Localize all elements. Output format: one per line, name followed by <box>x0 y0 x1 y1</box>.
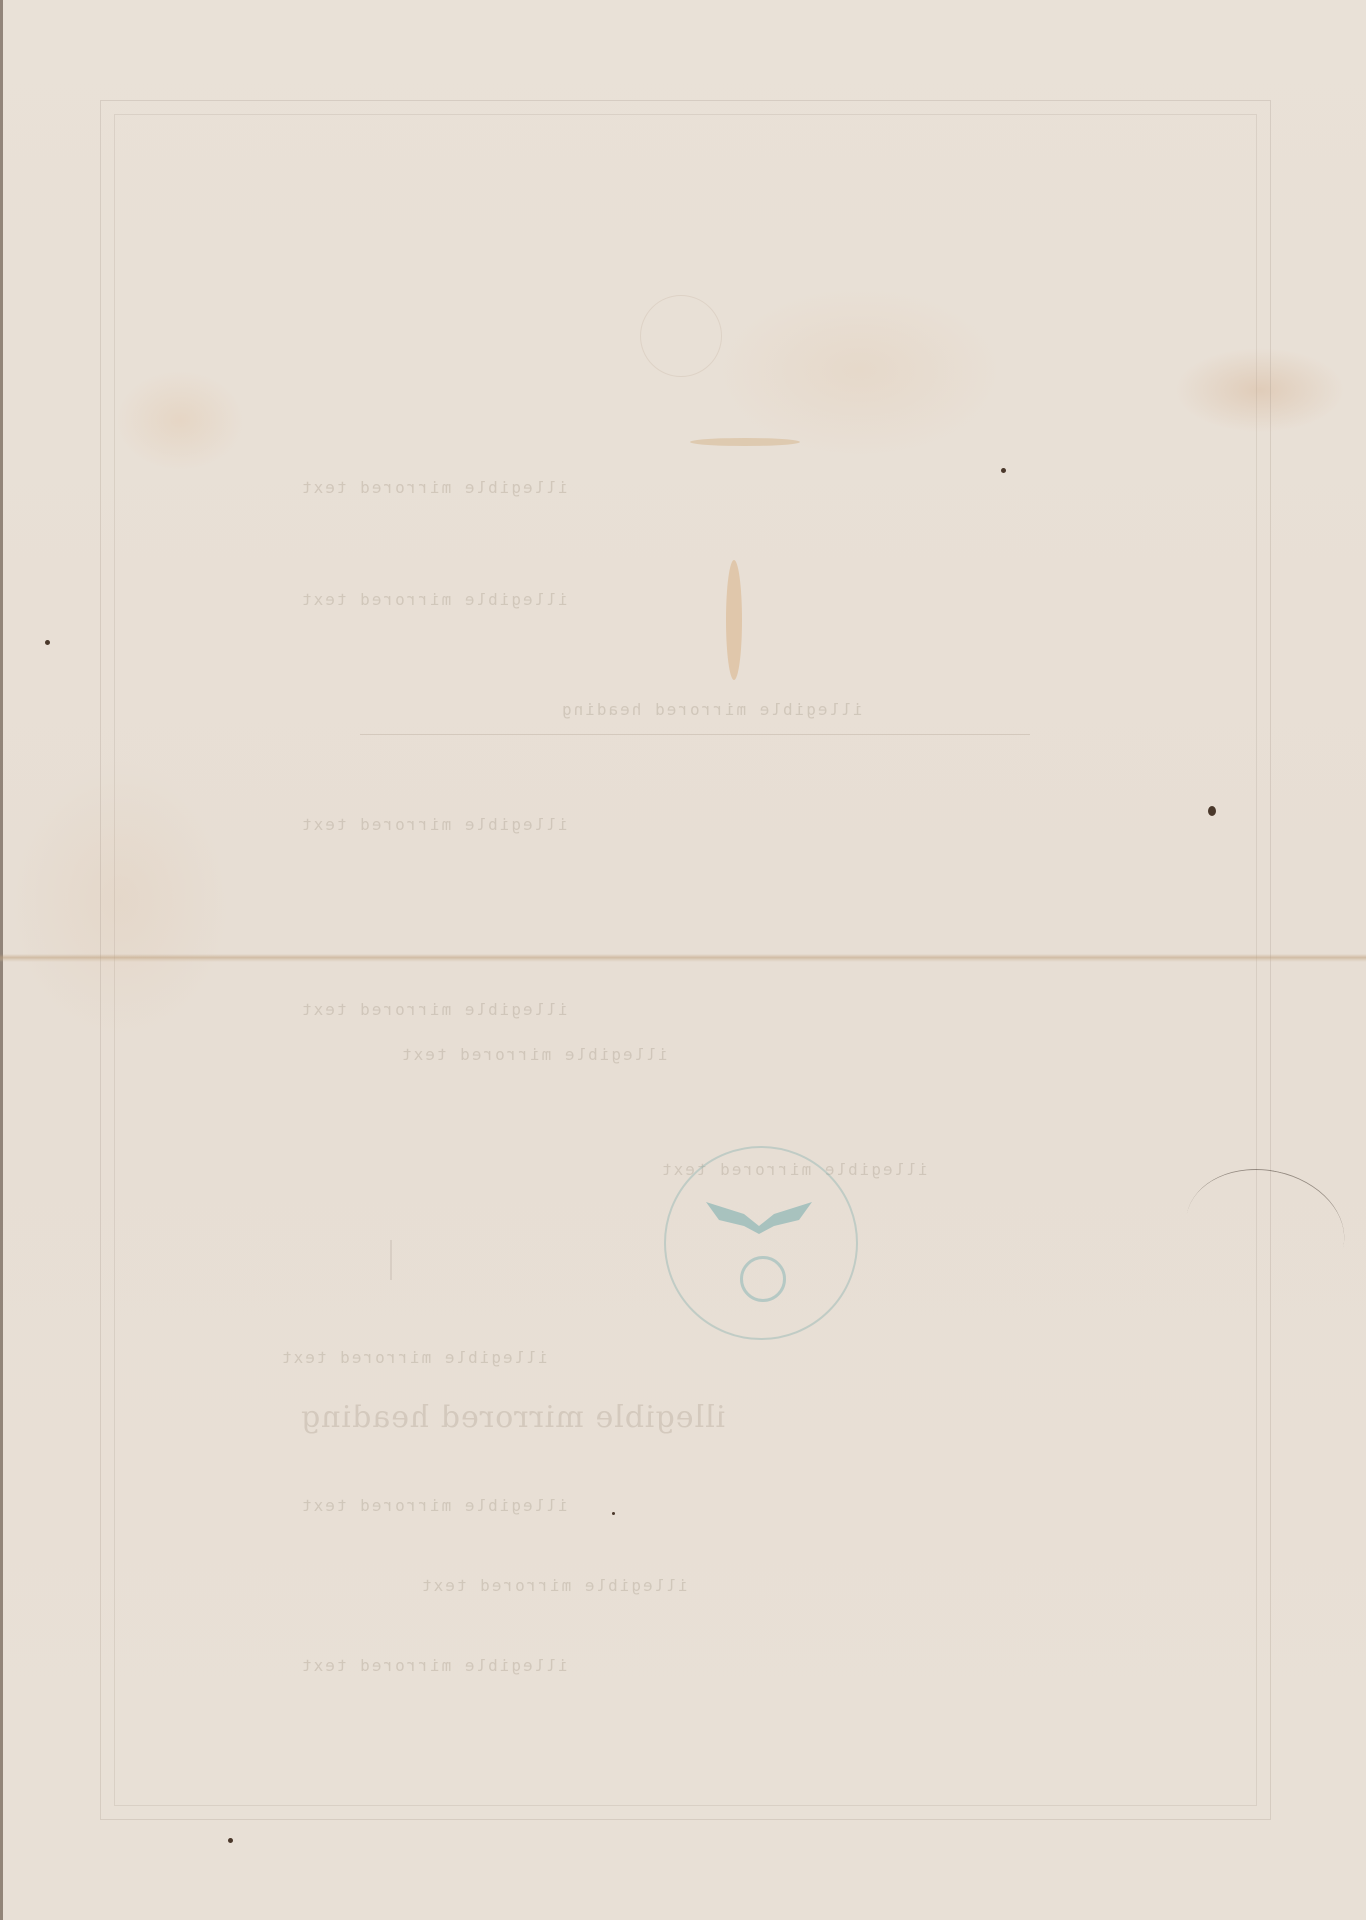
wreath-icon <box>740 1256 786 1302</box>
stain <box>726 560 742 680</box>
speck <box>612 1512 615 1515</box>
faint-signature <box>390 1240 452 1280</box>
faint-seal-icon <box>640 295 722 377</box>
speck <box>45 640 50 645</box>
bleed-text-line: illegible mirrored text <box>300 478 568 497</box>
stain <box>690 438 800 446</box>
divider-line <box>360 734 1030 735</box>
fold-crease <box>0 954 1366 962</box>
speck <box>1208 806 1216 816</box>
speck <box>228 1838 233 1843</box>
bleed-text-line: illegible mirrored text <box>280 1348 548 1367</box>
bleed-text-line: illegible mirrored text <box>400 1045 668 1064</box>
bleed-text-line: illegible mirrored text <box>300 590 568 609</box>
bleed-text-heading: illegible mirrored heading <box>300 1400 725 1435</box>
eagle-icon <box>704 1196 814 1236</box>
bleed-text-line: illegible mirrored text <box>300 1656 568 1675</box>
official-stamp <box>664 1146 858 1340</box>
speck <box>1001 468 1006 473</box>
bleed-text-line: illegible mirrored text <box>300 1496 568 1515</box>
paper-sheet: illegible mirrored text illegible mirror… <box>0 0 1366 1920</box>
bleed-text-line: illegible mirrored text <box>300 1000 568 1019</box>
bleed-text-line: illegible mirrored text <box>300 815 568 834</box>
bleed-text-heading: illegible mirrored heading <box>560 700 862 719</box>
bleed-text-line: illegible mirrored text <box>420 1576 688 1595</box>
